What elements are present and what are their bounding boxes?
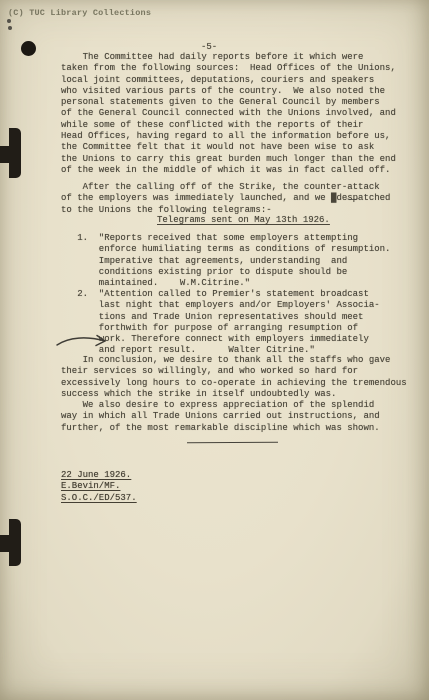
paragraph-appreciation: We also desire to express appreciation o…: [61, 400, 380, 434]
watermark-text: (C) TUC Library Collections: [8, 8, 151, 18]
closing-rule: [187, 442, 278, 443]
ink-speck: [8, 26, 12, 30]
handwritten-arrow-icon: [55, 331, 117, 353]
author-line: E.Bevin/MF.: [61, 481, 137, 492]
signature-block: 22 June 1926. E.Bevin/MF. S.O.C./ED/537.: [61, 470, 137, 504]
pen-underline-mark: [346, 196, 359, 200]
paragraph-counter-attack: After the calling off of the Strike, the…: [61, 182, 390, 216]
binder-tab-top-arm: [0, 146, 11, 163]
telegram-item-1: 1. "Reports received that some employers…: [61, 233, 390, 289]
paragraph-daily-reports: The Committee had daily reports before i…: [61, 52, 396, 176]
scanned-document-page: (C) TUC Library Collections -5- The Comm…: [0, 0, 429, 700]
telegrams-heading: Telegrams sent on May 13th 1926.: [157, 215, 330, 226]
reference-line: S.O.C./ED/537.: [61, 493, 137, 504]
hole-punch-mark: [21, 41, 36, 56]
date-line: 22 June 1926.: [61, 470, 137, 481]
binder-tab-bottom-arm: [0, 535, 11, 552]
ink-speck: [7, 19, 11, 23]
paragraph-conclusion: In conclusion, we desire to thank all th…: [61, 355, 407, 400]
